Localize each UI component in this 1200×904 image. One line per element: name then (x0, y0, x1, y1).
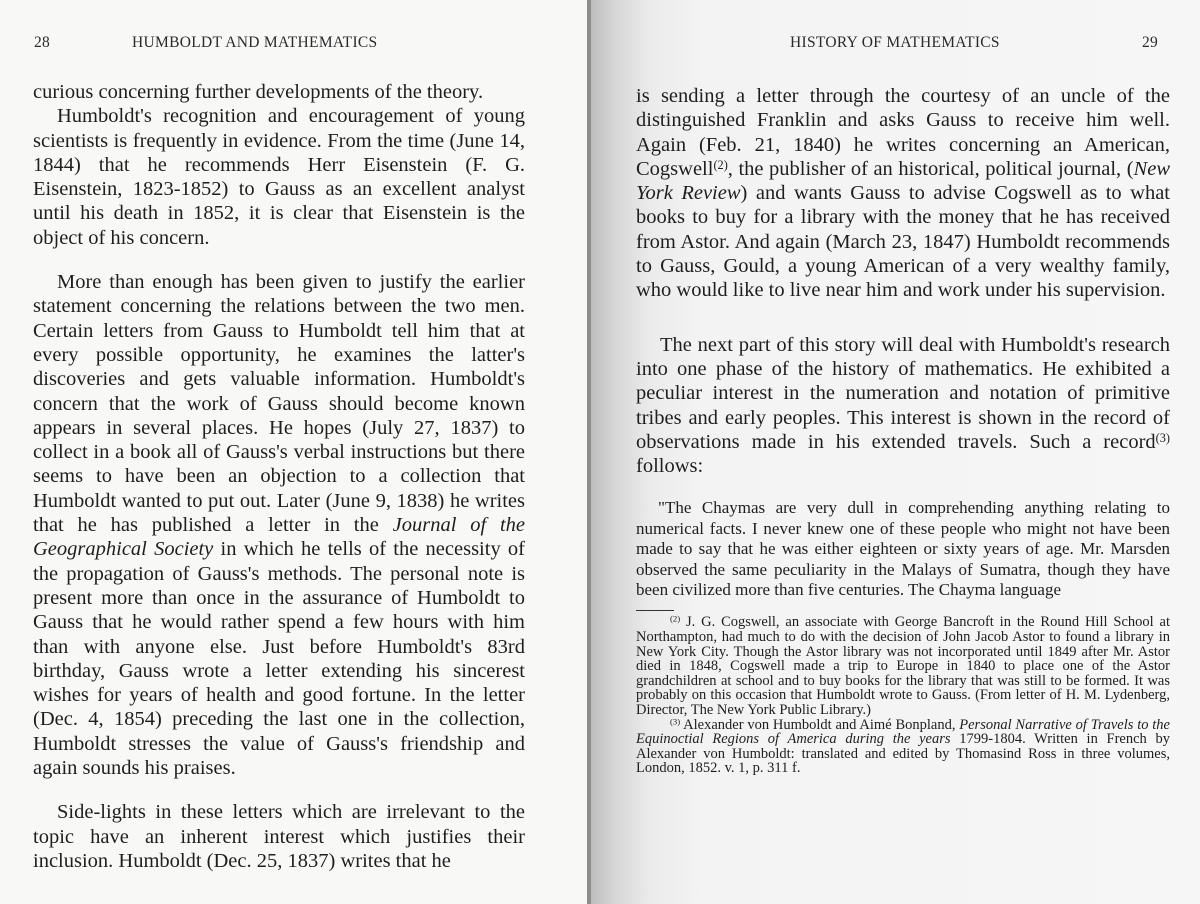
book-gutter (587, 0, 591, 904)
block-quote: "The Chaymas are very dull in comprehend… (636, 498, 1170, 600)
paragraph: Humboldt's recognition and encouragement… (33, 104, 525, 250)
body-text: is sending a letter through the courtesy… (636, 84, 1170, 776)
page-number: 28 (34, 34, 50, 52)
right-page: HISTORY OF MATHEMATICS 29 is sending a l… (590, 0, 1200, 904)
footnote-mark: (3) (670, 716, 680, 726)
footnote-ref: (2) (713, 158, 727, 172)
footnote-ref: (3) (1156, 431, 1170, 445)
footnote: (2) J. G. Cogswell, an associate with Ge… (636, 615, 1170, 717)
paragraph: Side-lights in these letters which are i… (33, 800, 525, 873)
footnote-text: Alexander von Humboldt and Aimé Bonpland… (680, 717, 959, 733)
footnote-mark: (2) (670, 614, 680, 624)
paragraph: is sending a letter through the courtesy… (636, 84, 1170, 303)
paragraph-text: in which he tells of the necessity of th… (33, 538, 525, 779)
paragraph: curious concerning further developments … (33, 80, 525, 104)
paragraph-text: The next part of this story will deal wi… (636, 334, 1170, 453)
paragraph-text: , the publisher of an historical, politi… (728, 158, 1134, 180)
paragraph: More than enough has been given to justi… (33, 270, 525, 780)
body-text: curious concerning further developments … (33, 80, 525, 873)
paragraph-text: More than enough has been given to justi… (33, 271, 525, 536)
running-head: HISTORY OF MATHEMATICS (790, 34, 1000, 52)
footnote: (3) Alexander von Humboldt and Aimé Bonp… (636, 718, 1170, 776)
paragraph-text: follows: (636, 455, 703, 477)
paragraph: The next part of this story will deal wi… (636, 333, 1170, 479)
left-page: 28 HUMBOLDT AND MATHEMATICS curious conc… (0, 0, 588, 904)
page-number: 29 (1142, 34, 1158, 52)
footnote-divider (636, 610, 674, 611)
running-head: HUMBOLDT AND MATHEMATICS (132, 34, 377, 52)
footnote-text: J. G. Cogswell, an associate with George… (636, 614, 1170, 718)
